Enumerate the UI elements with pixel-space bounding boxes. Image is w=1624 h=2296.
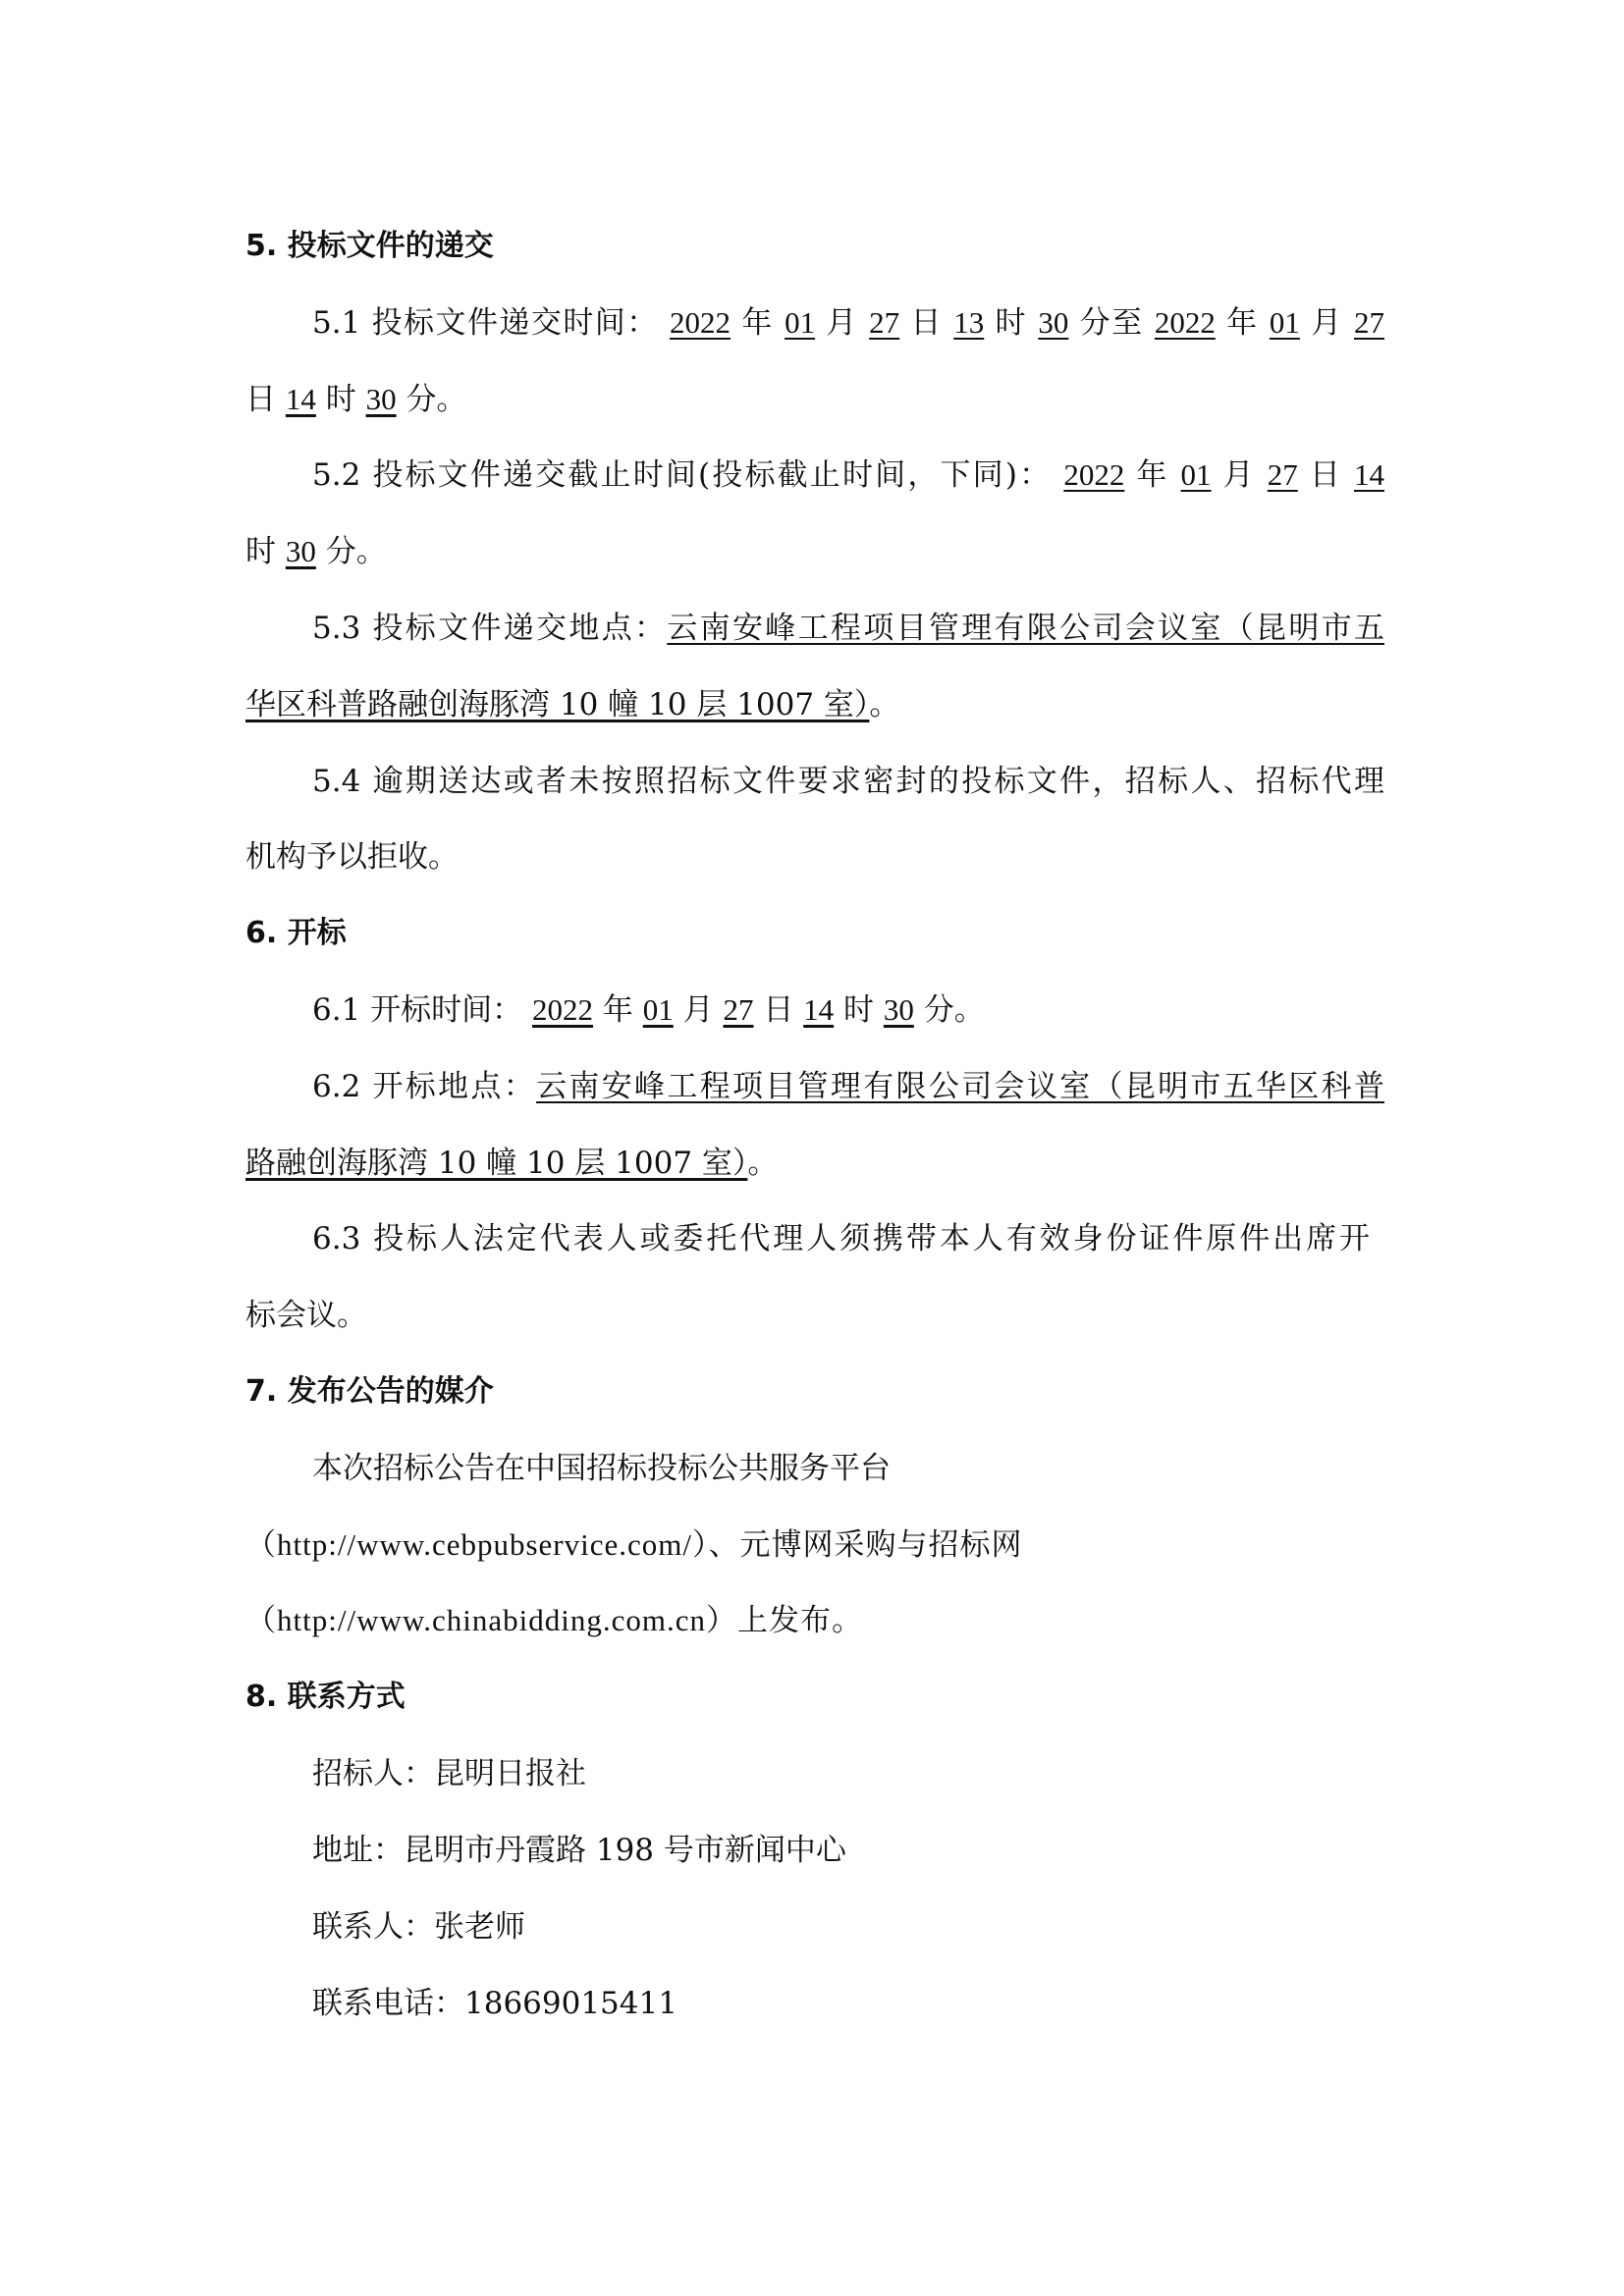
- label-5-2: 5.2 投标文件递交截止时间(投标截止时间，下同)：: [312, 458, 1052, 492]
- label-5-3: 5.3 投标文件递交地点：: [312, 612, 667, 645]
- unit-year: 年: [1136, 458, 1168, 492]
- submission-location-line2: 华区科普路融创海豚湾 10 幢 10 层 1007 室）: [245, 687, 869, 722]
- end-punct: 分。: [924, 992, 985, 1028]
- unit-hour: 时: [843, 992, 874, 1028]
- to-text: 分至: [1080, 306, 1144, 340]
- contact-tenderer: 招标人：昆明日报社: [312, 1757, 586, 1790]
- end-punct: 。: [747, 1146, 778, 1181]
- deadline-hour: 14: [1354, 458, 1384, 492]
- paragraph-5-1-line2: 日 14 时 30 分。: [245, 383, 466, 416]
- end-year: 2022: [1155, 306, 1216, 340]
- opening-location-line2: 路融创海豚湾 10 幢 10 层 1007 室）: [245, 1146, 747, 1181]
- section-heading-8: 8. 联系方式: [245, 1681, 406, 1714]
- label-6-2: 6.2 开标地点：: [312, 1070, 536, 1103]
- opening-day: 27: [723, 992, 753, 1027]
- media-line3: （http://www.chinabidding.com.cn）上发布。: [245, 1604, 863, 1637]
- paragraph-5-3-line2: 华区科普路融创海豚湾 10 幢 10 层 1007 室）。: [245, 688, 899, 721]
- end-day: 27: [1354, 306, 1384, 340]
- contact-address: 地址：昆明市丹霞路 198 号市新闻中心: [312, 1834, 846, 1867]
- media-line2: （http://www.cebpubservice.com/）、元博网采购与招标…: [245, 1528, 1023, 1562]
- unit-month: 月: [683, 992, 714, 1028]
- paragraph-5-2-line1: 5.2 投标文件递交截止时间(投标截止时间，下同)： 2022 年 01 月 2…: [312, 458, 1384, 492]
- opening-hour: 14: [803, 992, 834, 1027]
- media-line1: 本次招标公告在中国招标投标公共服务平台: [312, 1452, 891, 1485]
- section-heading-7: 7. 发布公告的媒介: [245, 1375, 494, 1409]
- end-month: 01: [1270, 306, 1300, 340]
- end-minute: 30: [366, 382, 397, 416]
- section-heading-6: 6. 开标: [245, 917, 347, 950]
- deadline-minute: 30: [286, 534, 316, 568]
- label-6-1: 6.1 开标时间：: [312, 992, 522, 1028]
- end-punct: 分。: [406, 382, 466, 417]
- end-punct: 。: [869, 687, 899, 722]
- deadline-month: 01: [1181, 458, 1212, 492]
- start-year: 2022: [670, 306, 731, 340]
- paragraph-6-1: 6.1 开标时间： 2022 年 01 月 27 日 14 时 30 分。: [312, 993, 985, 1027]
- submission-location-line1: 云南安峰工程项目管理有限公司会议室（昆明市五: [667, 612, 1384, 645]
- opening-location-line1: 云南安峰工程项目管理有限公司会议室（昆明市五华区科普: [536, 1070, 1384, 1103]
- paragraph-6-2-line2: 路融创海豚湾 10 幢 10 层 1007 室）。: [245, 1147, 778, 1180]
- paragraph-5-1-line1: 5.1 投标文件递交时间： 2022 年 01 月 27 日 13 时 30 分…: [312, 306, 1384, 340]
- paragraph-6-2-line1: 6.2 开标地点：云南安峰工程项目管理有限公司会议室（昆明市五华区科普: [312, 1070, 1384, 1103]
- start-day: 27: [869, 306, 899, 340]
- unit-year: 年: [603, 992, 633, 1028]
- paragraph-5-3-line1: 5.3 投标文件递交地点：云南安峰工程项目管理有限公司会议室（昆明市五: [312, 612, 1384, 645]
- section-heading-5: 5. 投标文件的递交: [245, 230, 494, 263]
- unit-hour: 时: [996, 306, 1027, 340]
- paragraph-5-4-line1: 5.4 逾期送达或者未按照招标文件要求密封的投标文件，招标人、招标代理: [312, 765, 1384, 798]
- paragraph-5-4-line2: 机构予以拒收。: [245, 840, 459, 874]
- opening-year: 2022: [532, 992, 593, 1027]
- unit-month: 月: [826, 306, 857, 340]
- contact-phone: 联系电话：18669015411: [312, 1987, 677, 2020]
- unit-month: 月: [1311, 306, 1342, 340]
- start-hour: 13: [953, 306, 984, 340]
- end-punct: 分。: [326, 534, 387, 569]
- unit-year: 年: [1226, 306, 1258, 340]
- deadline-year: 2022: [1063, 458, 1124, 492]
- start-minute: 30: [1038, 306, 1068, 340]
- unit-hour: 时: [245, 534, 276, 569]
- opening-month: 01: [643, 992, 674, 1027]
- deadline-day: 27: [1268, 458, 1298, 492]
- unit-day: 日: [245, 382, 276, 417]
- contact-person: 联系人：张老师: [312, 1910, 525, 1944]
- label-5-1: 5.1 投标文件递交时间：: [312, 306, 659, 340]
- paragraph-6-3-line2: 标会议。: [245, 1299, 367, 1332]
- paragraph-6-3-line1: 6.3 投标人法定代表人或委托代理人须携带本人有效身份证件原件出席开: [312, 1222, 1370, 1255]
- end-hour: 14: [286, 382, 316, 416]
- paragraph-5-2-line2: 时 30 分。: [245, 535, 387, 568]
- unit-year: 年: [741, 306, 773, 340]
- start-month: 01: [785, 306, 815, 340]
- opening-minute: 30: [884, 992, 914, 1027]
- unit-month: 月: [1223, 458, 1256, 492]
- unit-day: 日: [763, 992, 793, 1028]
- unit-hour: 时: [326, 382, 356, 417]
- unit-day: 日: [910, 306, 942, 340]
- unit-day: 日: [1310, 458, 1342, 492]
